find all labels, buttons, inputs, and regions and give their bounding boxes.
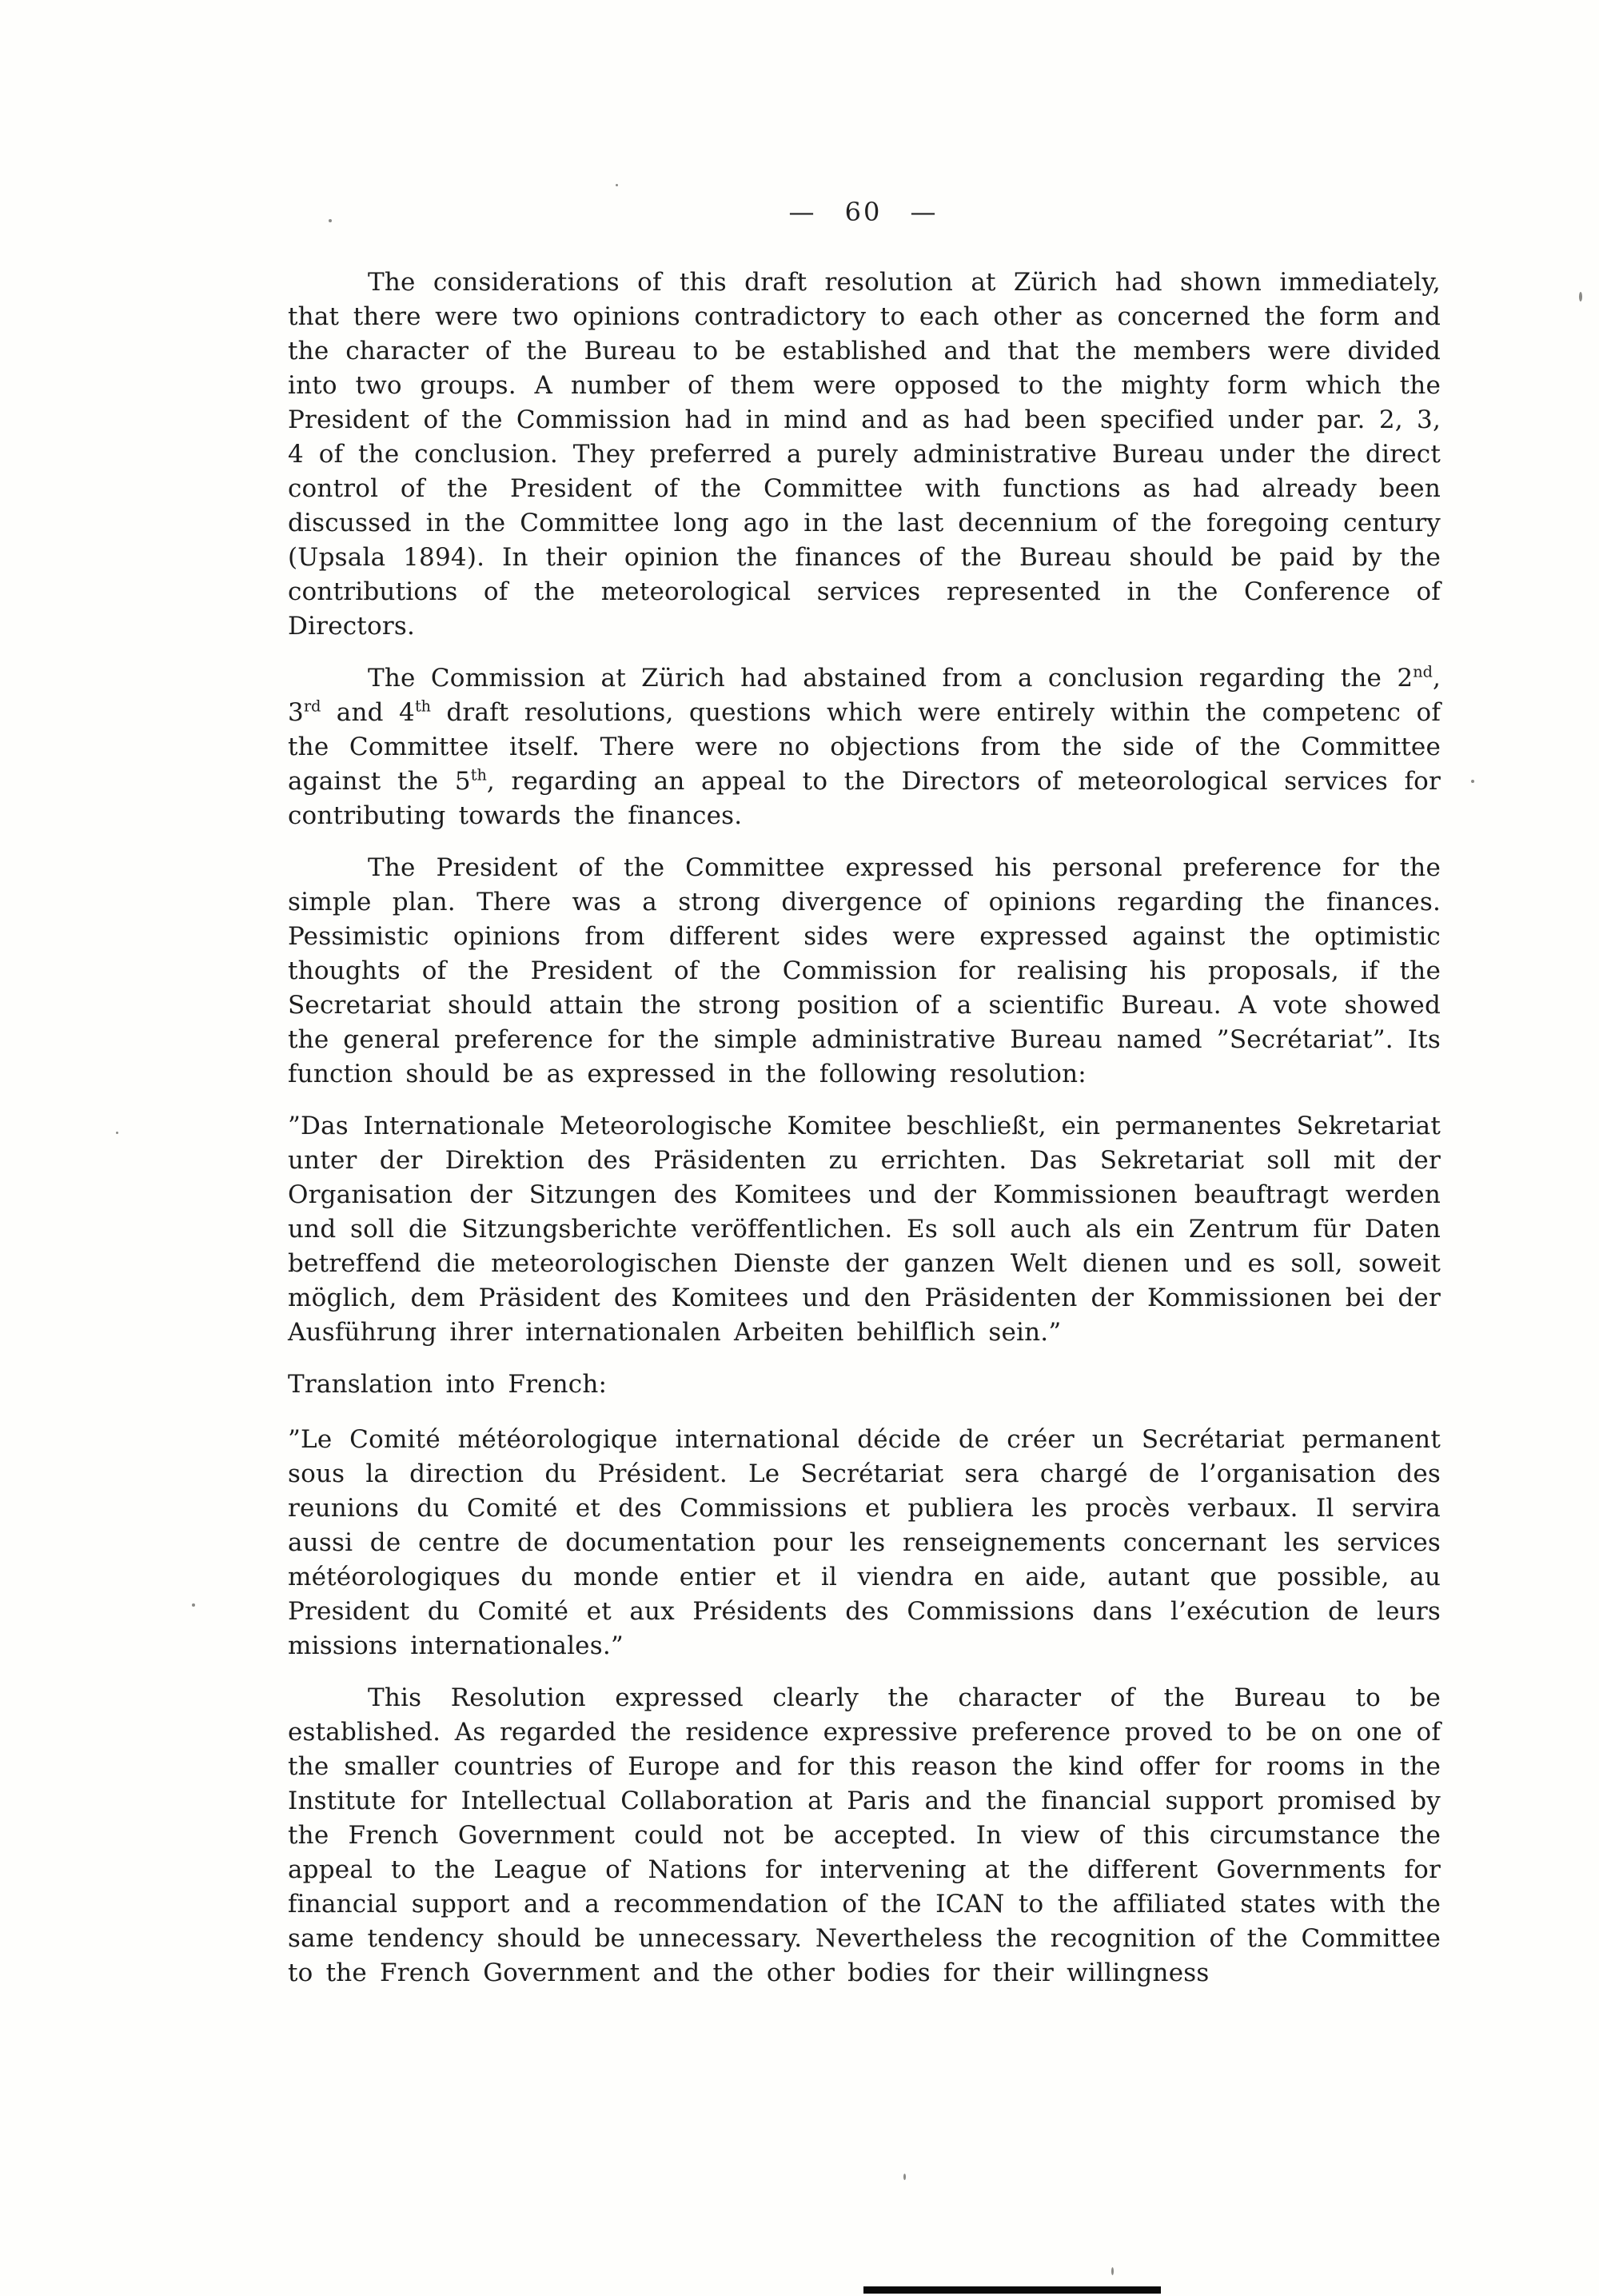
scan-speck bbox=[1111, 2267, 1114, 2275]
scan-artifact-bar bbox=[863, 2286, 1161, 2294]
page-number: — 60 — bbox=[288, 197, 1439, 227]
scan-speck bbox=[329, 219, 332, 222]
scan-speck bbox=[903, 2174, 906, 2180]
scanned-page: — 60 — The considerations of this draft … bbox=[0, 0, 1599, 2296]
scan-speck bbox=[1579, 292, 1582, 301]
paragraph-zurich-considerations: The considerations of this draft resolut… bbox=[288, 266, 1441, 644]
scan-speck bbox=[116, 1132, 118, 1134]
paragraph-translation-label: Translation into French: bbox=[288, 1368, 1441, 1402]
page-body: The considerations of this draft resolut… bbox=[288, 266, 1441, 2008]
paragraph-german-resolution: ”Das Internationale Meteorologische Komi… bbox=[288, 1109, 1441, 1350]
scan-speck bbox=[192, 1603, 195, 1607]
paragraph-president-preference: The President of the Committee expressed… bbox=[288, 851, 1441, 1092]
paragraph-resolution-character: This Resolution expressed clearly the ch… bbox=[288, 1681, 1441, 1991]
scan-speck bbox=[1471, 780, 1474, 783]
scan-speck bbox=[616, 184, 618, 186]
paragraph-commission-abstained: The Commission at Zürich had abstained f… bbox=[288, 661, 1441, 833]
paragraph-french-resolution: ”Le Comité météorologique international … bbox=[288, 1423, 1441, 1663]
